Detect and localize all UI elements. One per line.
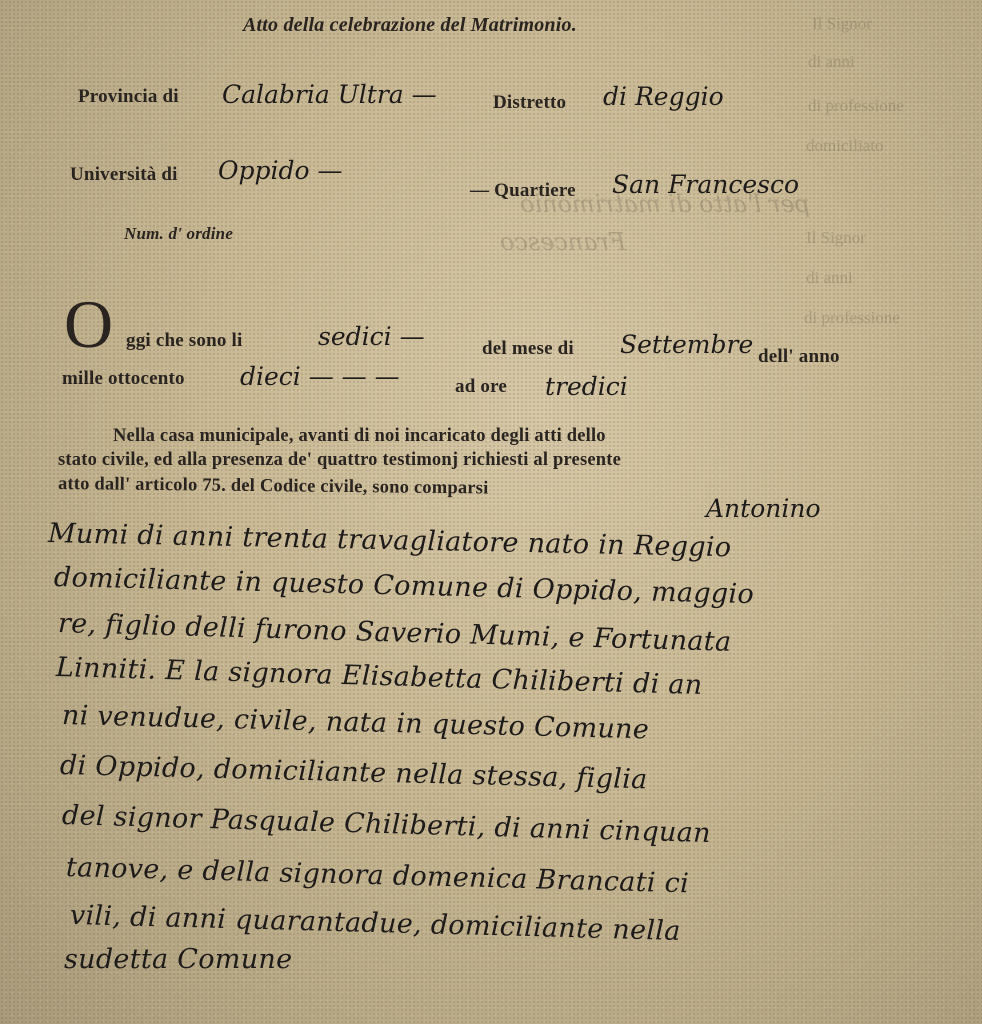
hour-value: tredici: [545, 372, 628, 401]
printed-paragraph-line: stato civile, ed alla presenza de' quatt…: [58, 450, 621, 471]
marriage-record-page: Atto della celebrazione del Matrimonio. …: [0, 0, 982, 1024]
distretto-value: di Reggio: [603, 82, 724, 111]
universita-value: Oppido —: [218, 156, 343, 185]
provincia-value: Calabria Ultra —: [222, 80, 437, 109]
hour-label: ad ore: [455, 376, 507, 398]
handwritten-line: Mumi di anni trenta travagliatore nato i…: [48, 518, 732, 563]
groom-first-name: Antonino: [706, 494, 821, 523]
num-ordine-label: Num. d' ordine: [124, 224, 233, 244]
quartiere-value: San Francesco: [612, 170, 799, 199]
handwritten-line: re, figlio delli furono Saverio Mumi, e …: [58, 608, 732, 658]
handwritten-line: di Oppido, domiciliante nella stessa, fi…: [60, 750, 648, 795]
handwritten-line: domiciliante in questo Comune di Oppido,…: [54, 562, 755, 610]
day-value: sedici —: [318, 322, 425, 351]
handwritten-line: vili, di anni quarantadue, domiciliante …: [70, 900, 681, 947]
distretto-label: Distretto: [493, 92, 566, 114]
date-line1-month-label: del mese di: [482, 338, 574, 360]
handwritten-line: Linniti. E la signora Elisabetta Chilibe…: [56, 652, 703, 701]
provincia-label: Provincia di: [78, 86, 179, 108]
printed-paragraph-line: atto dall' articolo 75. del Codice civil…: [58, 474, 489, 500]
handwritten-line: sudetta Comune: [64, 944, 292, 975]
date-line2-text: mille ottocento: [62, 368, 185, 390]
date-line1-text: ggi che sono li: [126, 330, 242, 352]
handwritten-line: del signor Pasquale Chiliberti, di anni …: [62, 800, 712, 849]
drop-cap: O: [64, 290, 113, 358]
quartiere-label: — Quartiere: [470, 180, 576, 202]
handwritten-line: ni venudue, civile, nata in questo Comun…: [62, 700, 650, 745]
date-line1-year-label: dell' anno: [758, 346, 840, 368]
month-value: Settembre: [620, 330, 753, 359]
document-title: Atto della celebrazione del Matrimonio.: [243, 14, 577, 37]
universita-label: Università di: [70, 164, 178, 186]
printed-paragraph-line: Nella casa municipale, avanti di noi inc…: [113, 426, 606, 447]
handwritten-line: tanove, e della signora domenica Brancat…: [66, 852, 690, 899]
year-value: dieci — — —: [240, 362, 400, 391]
